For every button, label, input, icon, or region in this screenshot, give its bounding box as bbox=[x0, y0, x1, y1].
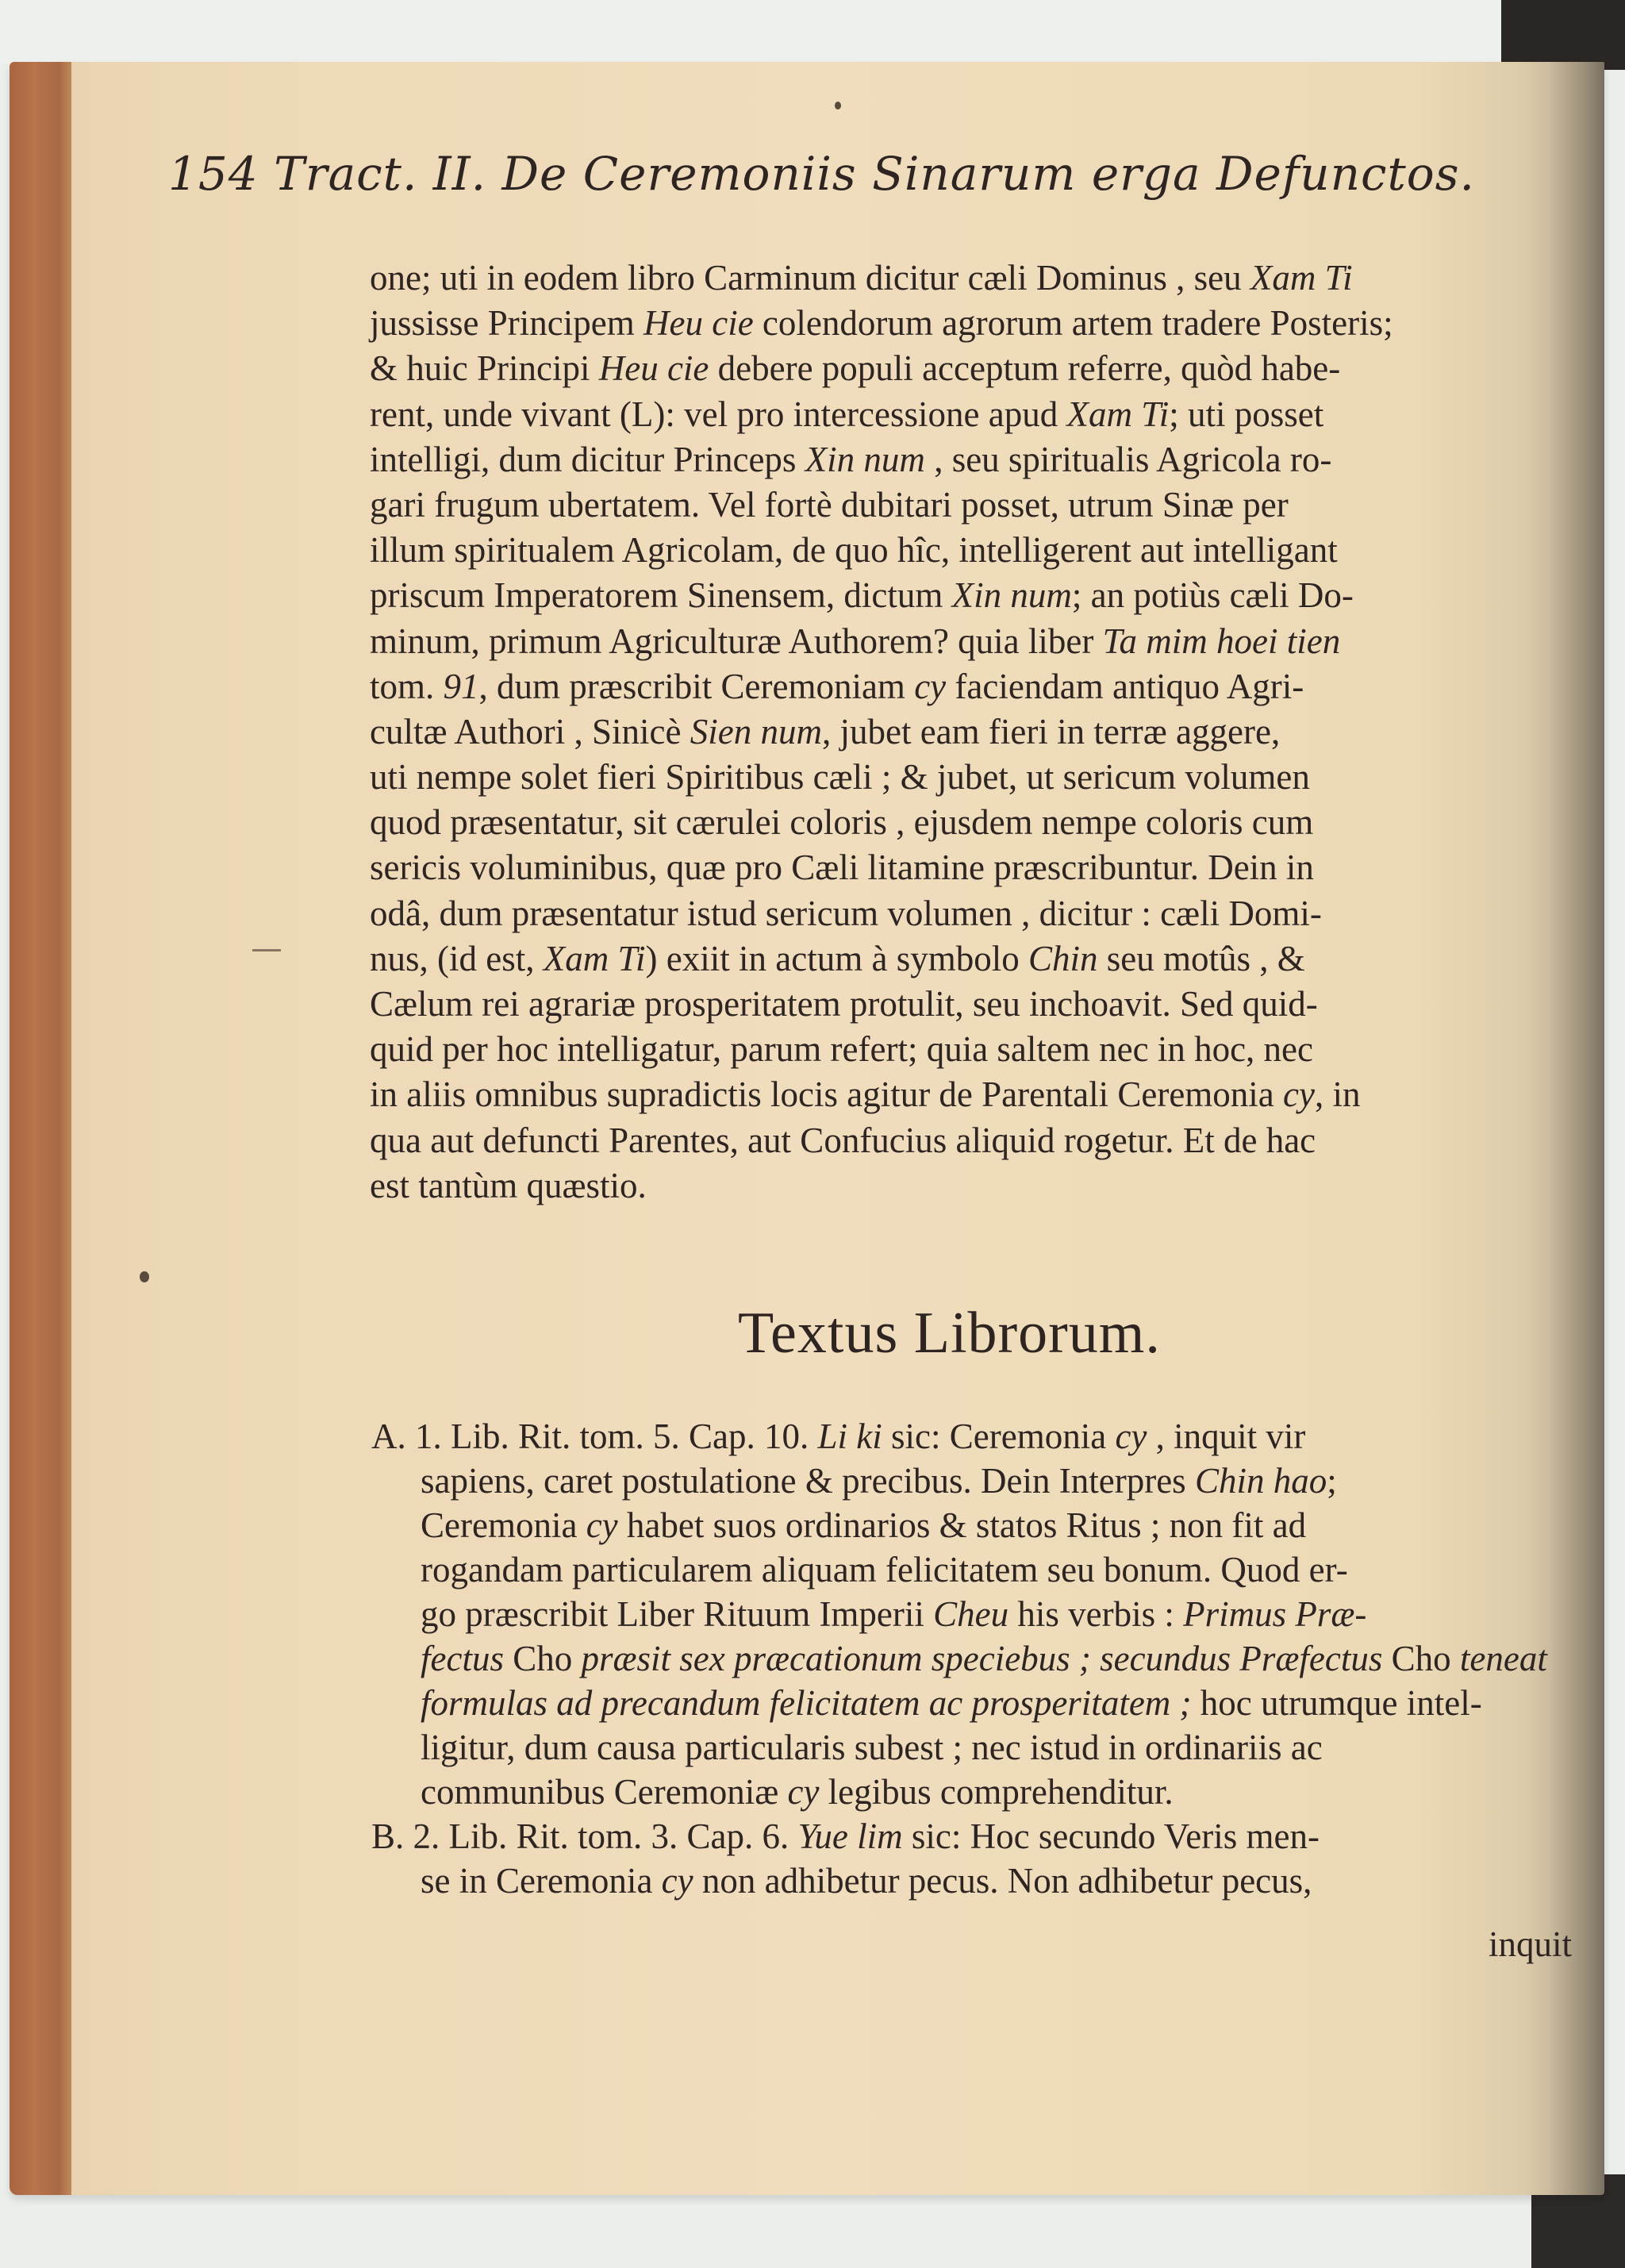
ink-spot bbox=[140, 1271, 149, 1282]
text-line: est tantùm quæstio. bbox=[370, 1163, 1623, 1209]
text-run: , seu spiritualis Agricola ro- bbox=[925, 440, 1331, 479]
citation-line: formulas ad precandum felicitatem ac pro… bbox=[371, 1681, 1625, 1725]
page-fore-edge bbox=[10, 62, 71, 2195]
italic-run: formulas ad precandum felicitatem ac pro… bbox=[421, 1683, 1192, 1723]
text-run: sic: Hoc secundo Veris men- bbox=[903, 1816, 1320, 1856]
text-run: quod præsentatur, sit cærulei coloris , … bbox=[370, 802, 1313, 842]
text-run: sic: Ceremonia bbox=[882, 1417, 1116, 1456]
text-line: in aliis omnibus supradictis locis agitu… bbox=[370, 1072, 1623, 1117]
body-paragraph: one; uti in eodem libro Carminum dicitur… bbox=[370, 256, 1623, 1209]
text-run: priscum Imperatorem Sinensem, dictum bbox=[370, 575, 952, 615]
text-line: one; uti in eodem libro Carminum dicitur… bbox=[370, 256, 1623, 301]
text-run: B. 2. Lib. Rit. tom. 3. Cap. 6. bbox=[371, 1816, 798, 1856]
citation-line: sapiens, caret postulatione & precibus. … bbox=[371, 1459, 1625, 1503]
text-run: nus, (id est, bbox=[370, 939, 544, 978]
text-run: jussisse Principem bbox=[370, 303, 643, 343]
citation-line: se in Ceremonia cy non adhibetur pecus. … bbox=[371, 1859, 1625, 1903]
text-run: hoc utrumque intel- bbox=[1192, 1683, 1482, 1723]
italic-run: Ta mim hoei tien bbox=[1103, 621, 1341, 661]
text-run: faciendam antiquo Agri- bbox=[946, 667, 1304, 706]
italic-run: Xin num bbox=[952, 575, 1072, 615]
text-run: rogandam particularem aliquam felicitate… bbox=[421, 1550, 1348, 1590]
text-run: in aliis omnibus supradictis locis agitu… bbox=[370, 1074, 1283, 1114]
text-run: , jubet eam fieri in terræ aggere, bbox=[822, 712, 1280, 752]
italic-run: Heu cie bbox=[599, 348, 709, 388]
text-run: communibus Ceremoniæ bbox=[421, 1772, 787, 1812]
text-run: ) exiit in actum à symbolo bbox=[646, 939, 1028, 978]
text-run: intelligi, dum dicitur Princeps bbox=[370, 440, 805, 479]
citation-line: go præscribit Liber Rituum Imperii Cheu … bbox=[371, 1592, 1625, 1636]
text-run: legibus comprehenditur. bbox=[819, 1772, 1173, 1812]
text-run: & huic Principi bbox=[370, 348, 599, 388]
text-run: odâ, dum præsentatur istud sericum volum… bbox=[370, 894, 1322, 933]
text-run: cultæ Authori , Sinicè bbox=[370, 712, 690, 752]
citation-line: ligitur, dum causa particularis subest ;… bbox=[371, 1725, 1625, 1770]
text-run: gari frugum ubertatem. Vel fortè dubitar… bbox=[370, 485, 1289, 525]
text-line: cultæ Authori , Sinicè Sien num, jubet e… bbox=[370, 709, 1623, 755]
margin-mark bbox=[252, 949, 281, 951]
text-line: gari frugum ubertatem. Vel fortè dubitar… bbox=[370, 482, 1623, 528]
scan-background bbox=[0, 0, 1625, 63]
text-run: seu motûs , & bbox=[1098, 939, 1305, 978]
italic-run: cy bbox=[787, 1772, 819, 1812]
scanner-clamp-top bbox=[1501, 0, 1625, 70]
italic-run: cy bbox=[662, 1861, 693, 1901]
text-run: ; uti posset bbox=[1169, 394, 1323, 434]
text-run: , in bbox=[1315, 1074, 1361, 1114]
text-run: minum, primum Agriculturæ Authorem? quia… bbox=[370, 621, 1103, 661]
citation-line: communibus Ceremoniæ cy legibus comprehe… bbox=[371, 1770, 1625, 1814]
text-line: quid per hoc intelligatur, parum refert;… bbox=[370, 1027, 1623, 1072]
text-line: Cælum rei agrariæ prosperitatem protulit… bbox=[370, 982, 1623, 1027]
text-line: intelligi, dum dicitur Princeps Xin num … bbox=[370, 437, 1623, 482]
text-run: Cho bbox=[1382, 1639, 1460, 1678]
text-line: & huic Principi Heu cie debere populi ac… bbox=[370, 346, 1623, 391]
italic-run: 91 bbox=[444, 667, 479, 706]
citation-first-line: B. 2. Lib. Rit. tom. 3. Cap. 6. Yue lim … bbox=[371, 1814, 1625, 1859]
text-line: tom. 91, dum præscribit Ceremoniam cy fa… bbox=[370, 664, 1623, 709]
text-run: Cho bbox=[504, 1639, 582, 1678]
ink-speck bbox=[835, 102, 841, 110]
text-run: non adhibetur pecus. Non adhibetur pecus… bbox=[693, 1861, 1312, 1901]
italic-run: Xam Ti bbox=[544, 939, 646, 978]
text-run: est tantùm quæstio. bbox=[370, 1166, 647, 1205]
running-head-title: Tract. II. De Ceremoniis Sinarum erga De… bbox=[274, 147, 1475, 201]
text-run: qua aut defuncti Parentes, aut Confucius… bbox=[370, 1121, 1316, 1160]
text-line: sericis voluminibus, quæ pro Cæli litami… bbox=[370, 845, 1623, 890]
text-run: go præscribit Liber Rituum Imperii bbox=[421, 1594, 933, 1634]
text-run: Ceremonia bbox=[421, 1505, 586, 1545]
text-run: quid per hoc intelligatur, parum refert;… bbox=[370, 1029, 1313, 1069]
italic-run: fectus bbox=[421, 1639, 504, 1678]
text-line: priscum Imperatorem Sinensem, dictum Xin… bbox=[370, 573, 1623, 618]
citation-line: Ceremonia cy habet suos ordinarios & sta… bbox=[371, 1503, 1625, 1547]
italic-run: cy bbox=[1115, 1417, 1147, 1456]
text-line: illum spiritualem Agricolam, de quo hîc,… bbox=[370, 528, 1623, 573]
italic-run: cy bbox=[586, 1505, 618, 1545]
text-run: sericis voluminibus, quæ pro Cæli litami… bbox=[370, 848, 1314, 887]
italic-run: Primus Præ- bbox=[1183, 1594, 1366, 1634]
text-run: tom. bbox=[370, 667, 444, 706]
catchword: inquit bbox=[1489, 1924, 1572, 1965]
italic-run: Sien num bbox=[690, 712, 822, 752]
italic-run: Chin bbox=[1028, 939, 1098, 978]
text-run: sapiens, caret postulatione & precibus. … bbox=[421, 1461, 1195, 1501]
italic-run: Chin hao bbox=[1195, 1461, 1327, 1501]
text-line: uti nempe solet fieri Spiritibus cæli ; … bbox=[370, 755, 1623, 800]
citation-line: rogandam particularem aliquam felicitate… bbox=[371, 1547, 1625, 1592]
text-run: illum spiritualem Agricolam, de quo hîc,… bbox=[370, 530, 1338, 570]
italic-run: cy bbox=[1283, 1074, 1315, 1114]
citation-line: fectus Cho præsit sex præcationum specie… bbox=[371, 1636, 1625, 1681]
italic-run: Li ki bbox=[818, 1417, 882, 1456]
text-run: Cælum rei agrariæ prosperitatem protulit… bbox=[370, 984, 1318, 1024]
text-line: nus, (id est, Xam Ti) exiit in actum à s… bbox=[370, 936, 1623, 982]
section-title: Textus Librorum. bbox=[738, 1300, 1161, 1367]
text-run: , inquit vir bbox=[1147, 1417, 1305, 1456]
running-head: 154 Tract. II. De Ceremoniis Sinarum erg… bbox=[168, 147, 1475, 201]
text-citations: A. 1. Lib. Rit. tom. 5. Cap. 10. Li ki s… bbox=[371, 1414, 1625, 1903]
italic-run: teneat bbox=[1460, 1639, 1547, 1678]
text-run: debere populi acceptum referre, quòd hab… bbox=[709, 348, 1340, 388]
text-line: rent, unde vivant (L): vel pro intercess… bbox=[370, 392, 1623, 437]
text-line: jussisse Principem Heu cie colendorum ag… bbox=[370, 301, 1623, 346]
text-line: odâ, dum præsentatur istud sericum volum… bbox=[370, 891, 1623, 936]
italic-run: præsit sex præcationum speciebus ; secun… bbox=[581, 1639, 1382, 1678]
text-run: uti nempe solet fieri Spiritibus cæli ; … bbox=[370, 757, 1310, 797]
text-run: se in Ceremonia bbox=[421, 1861, 662, 1901]
italic-run: Xam Ti bbox=[1250, 258, 1353, 298]
italic-run: Xin num bbox=[805, 440, 925, 479]
text-line: minum, primum Agriculturæ Authorem? quia… bbox=[370, 619, 1623, 664]
text-run: rent, unde vivant (L): vel pro intercess… bbox=[370, 394, 1066, 434]
citation-first-line: A. 1. Lib. Rit. tom. 5. Cap. 10. Li ki s… bbox=[371, 1414, 1625, 1459]
italic-run: Cheu bbox=[933, 1594, 1008, 1634]
italic-run: Xam Ti bbox=[1066, 394, 1169, 434]
text-run: ; an potiùs cæli Do- bbox=[1072, 575, 1354, 615]
text-run: habet suos ordinarios & statos Ritus ; n… bbox=[618, 1505, 1306, 1545]
text-run: one; uti in eodem libro Carminum dicitur… bbox=[370, 258, 1250, 298]
text-run: his verbis : bbox=[1008, 1594, 1183, 1634]
text-run: ; bbox=[1327, 1461, 1337, 1501]
text-run: colendorum agrorum artem tradere Posteri… bbox=[754, 303, 1393, 343]
italic-run: Yue lim bbox=[798, 1816, 903, 1856]
italic-run: cy bbox=[914, 667, 946, 706]
text-run: A. 1. Lib. Rit. tom. 5. Cap. 10. bbox=[371, 1417, 818, 1456]
text-line: quod præsentatur, sit cærulei coloris , … bbox=[370, 800, 1623, 845]
text-run: , dum præscribit Ceremoniam bbox=[479, 667, 915, 706]
text-line: qua aut defuncti Parentes, aut Confucius… bbox=[370, 1118, 1623, 1163]
page-number: 154 bbox=[168, 147, 259, 201]
italic-run: Heu cie bbox=[643, 303, 754, 343]
text-run: ligitur, dum causa particularis subest ;… bbox=[421, 1728, 1323, 1767]
